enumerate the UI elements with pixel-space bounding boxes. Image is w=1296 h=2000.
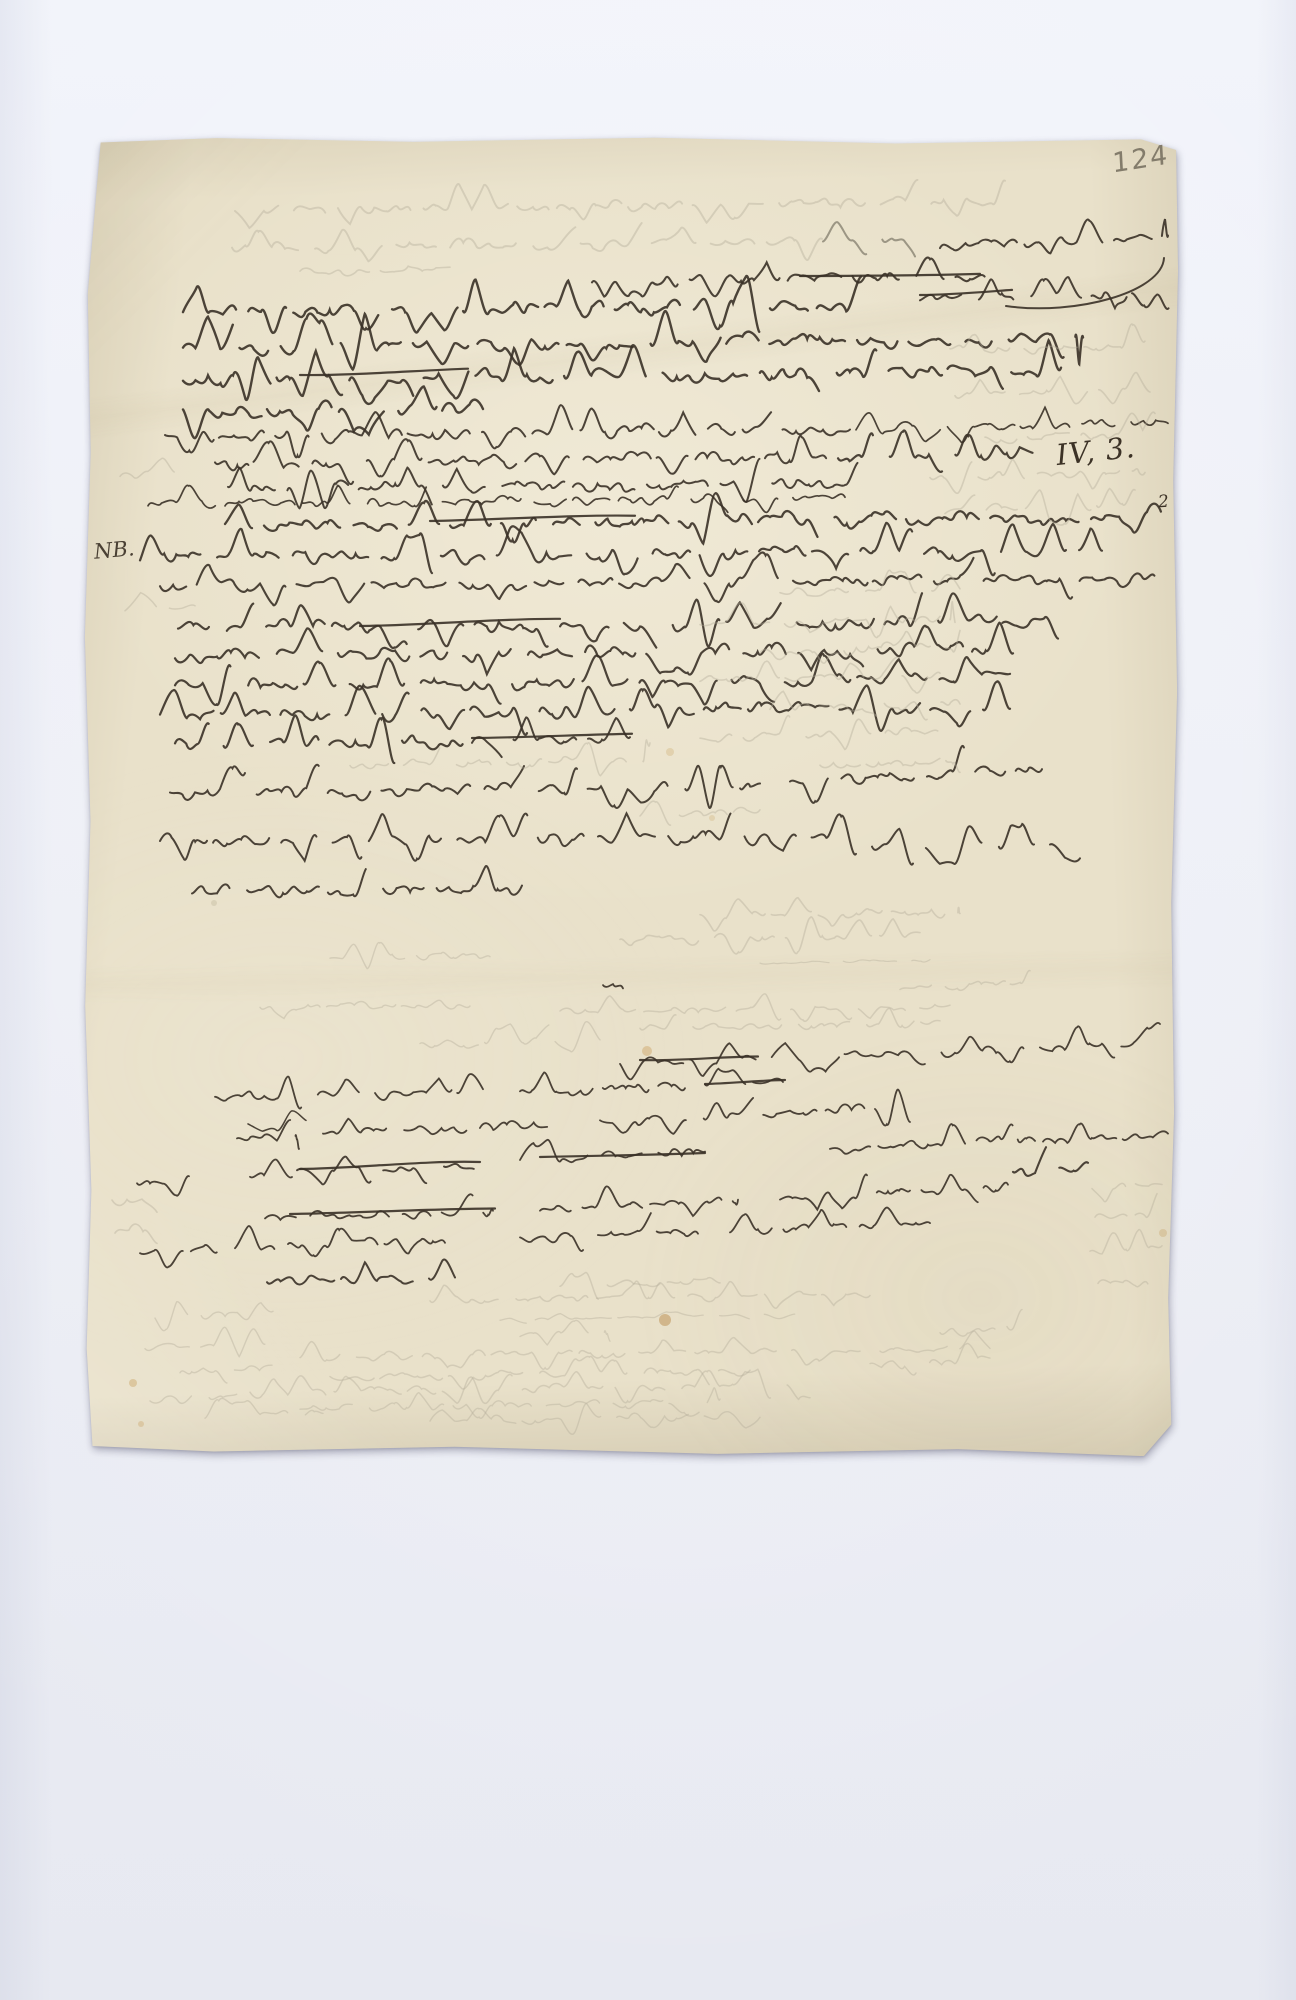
paper-sheet	[83, 136, 1180, 1456]
manuscript-page-wrap	[0, 0, 1296, 2000]
